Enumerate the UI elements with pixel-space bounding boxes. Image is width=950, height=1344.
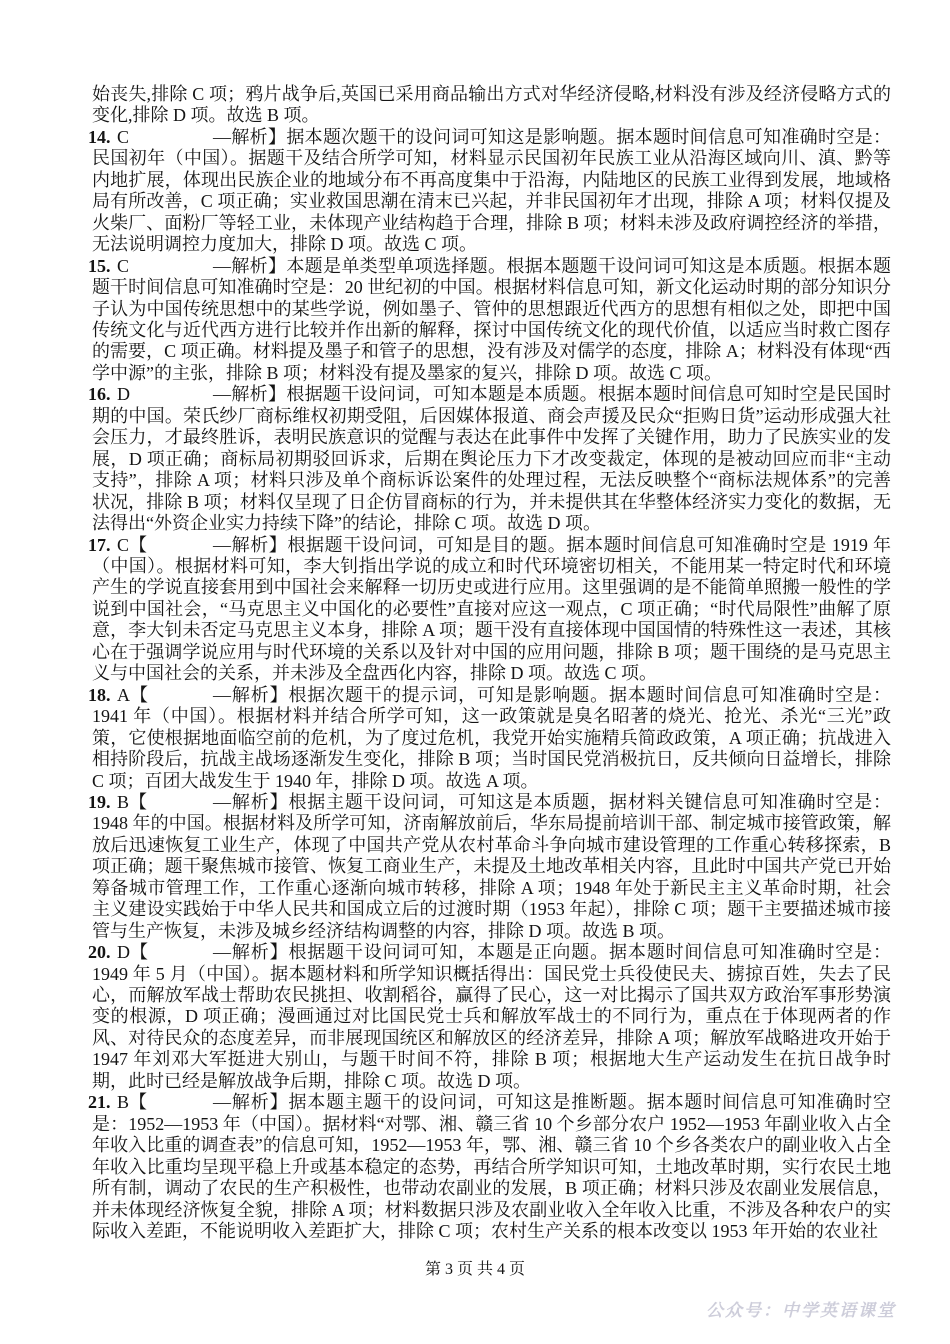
answer-letter: D (117, 384, 213, 405)
item-number: 19. (88, 792, 117, 813)
analysis-label: —解析】 (213, 792, 288, 812)
answer-item-18: 18.A【—解析】根据次题干的提示词，可知是影响题。据本题时间信息可知准确时空是… (92, 685, 891, 792)
answer-item-17: 17.C【—解析】根据题干设问词，可知是目的题。据本题时间信息可知准确时空是 1… (92, 535, 891, 685)
analysis-label: —解析】 (213, 384, 286, 404)
watermark: 公众号：中学英语课堂 (706, 1296, 896, 1321)
answer-letter: C (117, 127, 213, 148)
continuation-paragraph: 始丧失,排除 C 项；鸦片战争后,英国已采用商品输出方式对华经济侵略,材料没有涉… (92, 84, 891, 127)
analysis-label: —解析】 (213, 535, 287, 555)
item-number: 14. (88, 127, 117, 148)
answer-key-content: 始丧失,排除 C 项；鸦片战争后,英国已采用商品输出方式对华经济侵略,材料没有涉… (92, 84, 891, 1242)
answer-item-16: 16.D—解析】根据题干设问词，可知本题是本质题。根据本题时间信息可知时空是民国… (92, 384, 891, 534)
answer-letter: D【 (117, 942, 213, 963)
item-number: 21. (88, 1092, 117, 1113)
analysis-label: —解析】 (213, 942, 288, 962)
answer-letter: A【 (117, 685, 213, 706)
answer-letter: B【 (117, 792, 213, 813)
analysis-label: —解析】 (213, 1092, 288, 1112)
answer-item-20: 20.D【—解析】根据题干设问词可知，本题是正向题。据本题时间信息可知准确时空是… (92, 942, 891, 1092)
analysis-text: 根据题干设问词可知，本题是正向题。据本题时间信息可知准确时空是：1949 年 5… (92, 942, 891, 1091)
analysis-text: 根据主题干设问词，可知这是本质题，据材料关键信息可知准确时空是：1948 年的中… (92, 792, 891, 941)
answer-key-page: { "doc": { "continuation_text": "始丧失,排除 … (0, 0, 950, 1344)
answer-item-15: 15.C—解析】本题是单类型单项选择题。根据本题题干设问词可知这是本质题。根据本… (92, 256, 891, 385)
analysis-label: —解析】 (213, 127, 286, 147)
answer-item-19: 19.B【—解析】根据主题干设问词，可知这是本质题，据材料关键信息可知准确时空是… (92, 792, 891, 942)
analysis-text: 根据题干设问词，可知是目的题。据本题时间信息可知准确时空是 1919 年（中国）… (92, 535, 891, 684)
item-number: 16. (88, 384, 117, 405)
analysis-text: 据本题主题干的设问词，可知这是推断题。据本题时间信息可知准确时空是：1952—1… (92, 1092, 891, 1241)
item-number: 18. (88, 685, 117, 706)
answer-item-21: 21.B【—解析】据本题主题干的设问词，可知这是推断题。据本题时间信息可知准确时… (92, 1092, 891, 1242)
item-number: 17. (88, 535, 117, 556)
analysis-text: 根据题干设问词，可知本题是本质题。根据本题时间信息可知时空是民国时期的中国。荣氏… (92, 384, 891, 533)
item-number: 20. (88, 942, 117, 963)
answer-item-14: 14.C—解析】据本题次题干的设问词可知这是影响题。据本题时间信息可知准确时空是… (92, 127, 891, 256)
answer-letter: C【 (117, 535, 213, 556)
analysis-label: —解析】 (213, 685, 288, 705)
answer-letter: B【 (117, 1092, 213, 1113)
continuation-text: 始丧失,排除 C 项；鸦片战争后,英国已采用商品输出方式对华经济侵略,材料没有涉… (92, 84, 891, 125)
answer-letter: C (117, 256, 213, 277)
page-footer: 第 3 页 共 4 页 (0, 1256, 950, 1279)
item-number: 15. (88, 256, 117, 277)
analysis-label: —解析】 (213, 256, 286, 276)
